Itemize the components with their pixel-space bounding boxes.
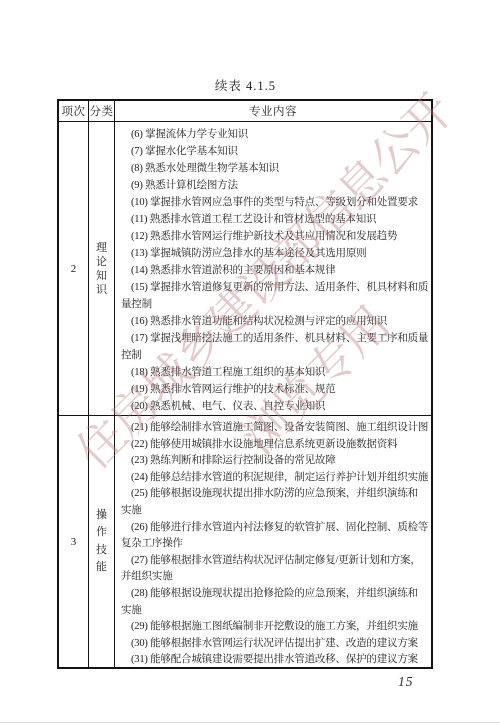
table-row-theory: 2 理论知识 (6) 掌握流体力学专业知识(7) 掌握水化学基本知识(8) 熟悉… [59, 122, 431, 416]
content-line: (24) 能够总结排水管道的积泥规律，制定运行养护计划并组织实施 [121, 470, 429, 487]
content-line: (29) 能够根据施工图纸编制非开挖敷设的施工方案，并组织实施 [121, 619, 429, 636]
content-line: (23) 熟练判断和排除运行控制设备的常见故障 [121, 453, 429, 470]
content-line: (27) 能够根据排水管道结构状况评估制定修复/更新计划和方案， [121, 553, 429, 570]
content-line: (18) 熟悉排水管道工程施工组织的基本知识 [121, 364, 429, 381]
row-content-cell: (6) 掌握流体力学专业知识(7) 掌握水化学基本知识(8) 熟悉水处理微生物学… [115, 122, 431, 415]
content-line: 并组织实施 [121, 569, 429, 586]
content-line: (19) 熟悉排水管网运行维护的技术标准、规范 [121, 381, 429, 398]
content-line: (16) 熟悉排水管道功能和结构状况检测与评定的应用知识 [121, 313, 429, 330]
content-line: 控制 [121, 347, 429, 364]
content-line: (8) 熟悉水处理微生物学基本知识 [121, 160, 429, 177]
content-line: (28) 能够根据设施现状提出抢修抢险的应急预案，并组织演练和 [121, 586, 429, 603]
content-line: (25) 能够根据设施现状提出排水防涝的应急预案，并组织演练和 [121, 486, 429, 503]
row-index-cell: 3 [59, 416, 89, 667]
content-line: (14) 熟悉排水管道淤积的主要原因和基本规律 [121, 262, 429, 279]
category-char: 操 [96, 507, 107, 525]
row-index-cell: 2 [59, 122, 89, 415]
content-line: (9) 熟悉计算机绘图方法 [121, 177, 429, 194]
content-line: (20) 熟悉机械、电气、仪表、自控专业知识 [121, 398, 429, 415]
category-char: 能 [96, 559, 107, 577]
category-char: 作 [96, 524, 107, 542]
category-char: 技 [96, 542, 107, 560]
content-line: (15) 掌握排水管道修复更新的常用方法、适用条件、机具材料和质 [121, 279, 429, 296]
content-line: (22) 能够使用城镇排水设施地理信息系统更新设施数据资料 [121, 437, 429, 454]
content-line: (6) 掌握流体力学专业知识 [121, 126, 429, 143]
table-title: 续表 4.1.5 [0, 76, 491, 94]
content-line: (13) 掌握城镇防涝应急排水的基本途径及其选用原则 [121, 245, 429, 262]
header-cell-index: 项次 [59, 101, 89, 121]
header-cell-content: 专业内容 [115, 101, 431, 121]
content-line: 实施 [121, 503, 429, 520]
content-line: (12) 熟悉排水管网运行维护新技术及其应用情况和发展趋势 [121, 228, 429, 245]
category-char: 理 [96, 241, 107, 255]
content-line: 实施 [121, 603, 429, 620]
row-content-cell: (21) 能够绘制排水管道施工简图、设备安装简图、施工组织设计图(22) 能够使… [115, 416, 431, 667]
row-category-cell: 理论知识 [89, 122, 115, 415]
content-line: (21) 能够绘制排水管道施工简图、设备安装简图、施工组织设计图 [121, 420, 429, 437]
category-char: 论 [96, 255, 107, 269]
table-header-row: 项次 分类 专业内容 [59, 101, 431, 122]
content-line: (10) 掌握排水管网应急事件的类型与特点、等级划分和处置要求 [121, 194, 429, 211]
content-line: 复杂工序操作 [121, 536, 429, 553]
row-category-cell: 操作技能 [89, 416, 115, 667]
page-number: 15 [398, 674, 414, 690]
content-line: (17) 掌握浅埋暗挖法施工的适用条件、机具材料、主要工序和质量 [121, 330, 429, 347]
scan-edge-line [0, 722, 500, 723]
document-page: 住房城乡建设部信息公开 浏览专用 续表 4.1.5 项次 分类 专业内容 2 理… [0, 0, 500, 724]
category-char: 识 [96, 283, 107, 297]
content-line: (26) 能够进行排水管道内衬法修复的软管扩展、固化控制、质检等 [121, 520, 429, 537]
table-row-skills: 3 操作技能 (21) 能够绘制排水管道施工简图、设备安装简图、施工组织设计图(… [59, 416, 431, 667]
content-line: (30) 能够根据排水管网运行状况评估提出扩建、改造的建议方案 [121, 636, 429, 653]
content-table: 项次 分类 专业内容 2 理论知识 (6) 掌握流体力学专业知识(7) 掌握水化… [57, 99, 433, 669]
content-line: (7) 掌握水化学基本知识 [121, 143, 429, 160]
category-char: 知 [96, 269, 107, 283]
content-line: (11) 熟悉排水管道工程工艺设计和管材选型的基本知识 [121, 211, 429, 228]
content-line: 量控制 [121, 296, 429, 313]
header-cell-category: 分类 [89, 101, 115, 121]
content-line: (31) 能够配合城镇建设需要提出排水管道改移、保护的建议方案 [121, 652, 429, 667]
